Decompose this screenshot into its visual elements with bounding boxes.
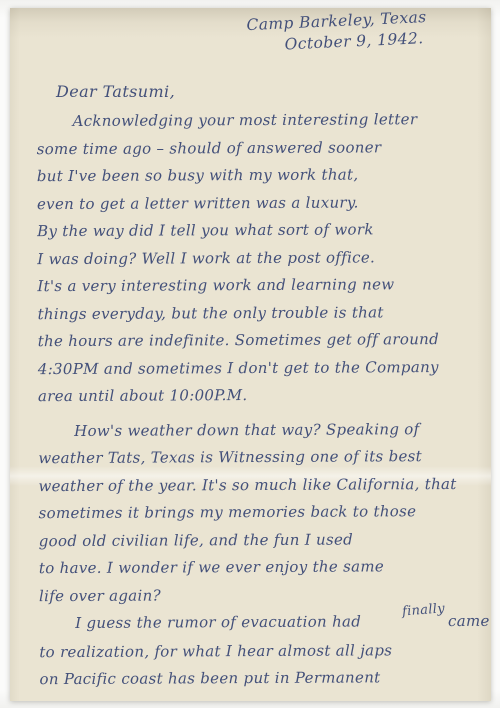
letter-line: How's weather down that way? Speaking of xyxy=(38,415,473,445)
salutation: Dear Tatsumi, xyxy=(56,82,491,101)
letter-line: area until about 10:00P.M. xyxy=(38,381,473,411)
letter-line: By the way did I tell you what sort of w… xyxy=(37,216,472,246)
letter-line: sometimes it brings my memories back to … xyxy=(39,498,474,528)
paragraph-3: I guess the rumor of evacuation hadfinal… xyxy=(39,608,474,694)
line-text: came xyxy=(448,612,490,630)
letter-line: things everyday, but the only trouble is… xyxy=(37,298,472,328)
line-text: I guess the rumor of evacuation had xyxy=(75,612,361,631)
letter-line: good old civilian life, and the fun I us… xyxy=(39,525,474,555)
paragraph-2: How's weather down that way? Speaking of… xyxy=(38,415,474,610)
letter-line: It's a very interesting work and learnin… xyxy=(37,271,472,301)
letter-line: Acknowledging your most interesting lett… xyxy=(36,106,471,136)
letter-paper: Camp Barkeley, Texas October 9, 1942. De… xyxy=(10,8,491,701)
letter-line: to realization, for what I hear almost a… xyxy=(39,636,474,666)
inserted-word: finally xyxy=(365,595,446,628)
scanned-letter: Camp Barkeley, Texas October 9, 1942. De… xyxy=(0,0,500,708)
letter-line: to have. I wonder if we ever enjoy the s… xyxy=(39,553,474,583)
letter-body: Acknowledging your most interesting lett… xyxy=(36,106,474,694)
letter-line: on Pacific coast has been put in Permane… xyxy=(39,664,474,694)
letter-line: even to get a letter written was a luxur… xyxy=(37,188,472,218)
letter-line-with-insertion: I guess the rumor of evacuation hadfinal… xyxy=(39,608,474,639)
letter-line: 4:30PM and sometimes I don't get to the … xyxy=(38,353,473,383)
letter-heading: Camp Barkeley, Texas October 9, 1942. xyxy=(9,0,492,68)
letter-line: some time ago – should of answered soone… xyxy=(37,133,472,163)
letter-line: weather of the year. It's so much like C… xyxy=(38,470,473,500)
paragraph-1: Acknowledging your most interesting lett… xyxy=(36,106,473,411)
letter-line: the hours are indefinite. Sometimes get … xyxy=(38,326,473,356)
letter-line: but I've been so busy with my work that, xyxy=(37,161,472,191)
letter-line: I was doing? Well I work at the post off… xyxy=(37,243,472,273)
letter-line: weather Tats, Texas is Witnessing one of… xyxy=(38,443,473,473)
